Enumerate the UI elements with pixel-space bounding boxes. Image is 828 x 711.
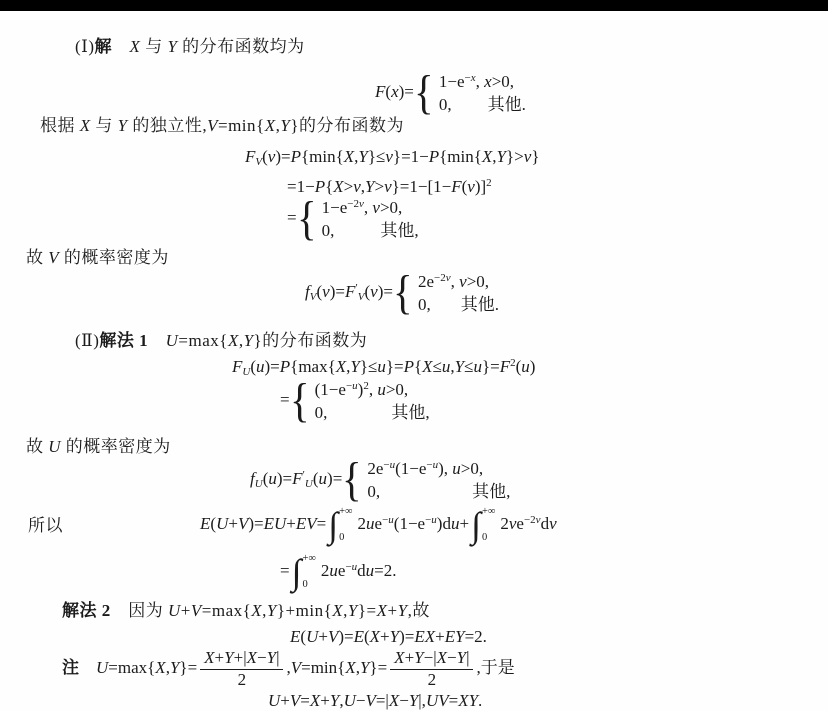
formula-note-identities: U+V=X+Y,U−V=|X−Y|,UV=XY. <box>268 690 482 711</box>
left-brace: { <box>290 378 310 424</box>
part1-heading: (Ⅰ)解 X 与 Y 的分布函数均为 <box>75 36 305 57</box>
formula-FV-cases: ={1−e−2v, v>0,0,其他, <box>287 196 419 242</box>
formula-fU-density: fU(u)=F′U(u)={2e−u(1−e−u), u>0,0,其他, <box>250 457 510 503</box>
paragraph-density-U: 故 U 的概率密度为 <box>26 436 171 457</box>
cases-brace-group: {(1−e−u)2, u>0,0,其他, <box>290 378 430 424</box>
part2-method1-heading: (Ⅱ)解法 1 U=max{X,Y}的分布函数为 <box>75 330 367 351</box>
integral: ∫+∞0 <box>292 553 319 591</box>
note-line-fractions: 注 U=max{X,Y}=X+Y+|X−Y|2,V=min{X,Y}=X+Y−|… <box>62 648 515 690</box>
formula-FU-step1: FU(u)=P{max{X,Y}≤u}=P{X≤u,Y≤u}=F2(u) <box>232 356 535 377</box>
formula-fV-density: fV(v)=F′V(v)={2e−2v, v>0,0,其他. <box>305 270 499 316</box>
formula-expectation-result: =∫+∞02ue−udu=2. <box>280 553 397 591</box>
fraction: X+Y+|X−Y|2 <box>200 648 283 690</box>
formula-expectation-integrals: E(U+V)=EU+EV=∫+∞02ue−u(1−e−u)du+∫+∞02ve−… <box>200 506 557 544</box>
paragraph-independence: 根据 X 与 Y 的独立性,V=min{X,Y}的分布函数为 <box>40 115 404 136</box>
fraction: X+Y−|X−Y|2 <box>390 648 473 690</box>
left-brace: { <box>342 457 362 503</box>
left-brace: { <box>297 196 317 242</box>
integral: ∫+∞0 <box>328 506 355 544</box>
formula-FU-cases: ={(1−e−u)2, u>0,0,其他, <box>280 378 430 424</box>
left-brace: { <box>414 70 434 116</box>
formula-F-distribution: F(x)={1−e−x, x>0,0,其他. <box>375 70 526 116</box>
formula-FV-step1: FV(v)=P{min{X,Y}≤v}=1−P{min{X,Y}>v} <box>245 146 539 167</box>
left-brace: { <box>393 270 413 316</box>
cases-brace-group: {1−e−x, x>0,0,其他. <box>414 70 526 116</box>
cases-brace-group: {2e−2v, v>0,0,其他. <box>393 270 499 316</box>
scanned-textbook-page: (Ⅰ)解 X 与 Y 的分布函数均为 F(x)={1−e−x, x>0,0,其他… <box>0 0 828 711</box>
integral: ∫+∞0 <box>471 506 498 544</box>
paragraph-density-V: 故 V 的概率密度为 <box>26 247 169 268</box>
cases-brace-group: {1−e−2v, v>0,0,其他, <box>297 196 419 242</box>
cases-brace-group: {2e−u(1−e−u), u>0,0,其他, <box>342 457 510 503</box>
formula-method2-result: E(U+V)=E(X+Y)=EX+EY=2. <box>290 626 487 647</box>
method2-heading: 解法 2 因为 U+V=max{X,Y}+min{X,Y}=X+Y,故 <box>62 600 430 621</box>
paragraph-therefore: 所以 <box>28 515 63 536</box>
scan-border-top <box>0 0 828 11</box>
formula-FV-step2: =1−P{X>v,Y>v}=1−[1−F(v)]2 <box>287 176 492 197</box>
